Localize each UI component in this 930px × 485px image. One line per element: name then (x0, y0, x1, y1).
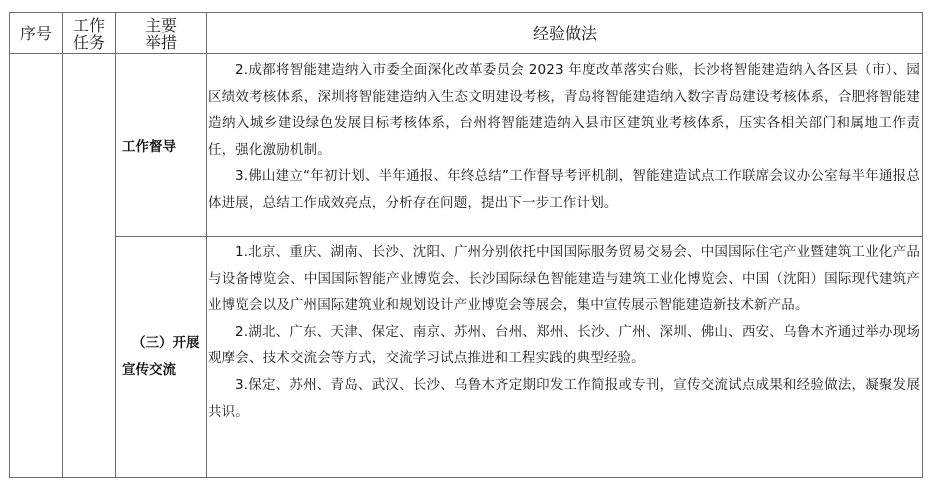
row-1-paragraph-1: 2.成都将智能建造纳入市委全面深化改革委员会 2023 年度改革落实台账，长沙将… (208, 57, 920, 163)
header-seq: 序号 (10, 13, 62, 54)
row-2-paragraph-1: 1.北京、重庆、湖南、长沙、沈阳、广州分别依托中国国际服务贸易交易会、中国国际住… (208, 239, 920, 319)
header-experience: 经验做法 (207, 13, 923, 54)
header-experience-label: 经验做法 (533, 25, 597, 42)
header-measure-line2: 举措 (145, 34, 177, 51)
row-2-paragraph-3: 3.保定、苏州、青岛、武汉、长沙、乌鲁木齐定期印发工作简报或专刊，宣传交流试点成… (208, 372, 920, 425)
header-measure-line1: 主要 (145, 17, 177, 34)
row-1-paragraph-2: 3.佛山建立“年初计划、半年通报、年终总结”工作督导考评机制，智能建造试点工作联… (208, 163, 920, 216)
header-task: 工作 任务 (63, 13, 115, 54)
row-2-experience: 1.北京、重庆、湖南、长沙、沈阳、广州分别依托中国国际服务贸易交易会、中国国际住… (208, 239, 920, 425)
column-divider-measure (206, 13, 207, 477)
row-2-paragraph-2: 2.湖北、广东、天津、保定、南京、苏州、台州、郑州、长沙、广州、深圳、佛山、西安… (208, 319, 920, 372)
column-divider-seq (62, 13, 63, 477)
row-1-measure: 工作督导 (122, 134, 206, 161)
row-divider (115, 236, 922, 237)
row-2-measure-line2: 宣传交流 (122, 357, 176, 384)
column-divider-task (115, 13, 116, 477)
experience-table: 序号 工作 任务 主要 举措 经验做法 工作督导 2.成都将智能建造纳入市委全面… (9, 12, 923, 478)
header-task-line1: 工作 (73, 17, 105, 34)
row-2-measure: （三）开展 宣传交流 (122, 330, 206, 384)
row-1-experience: 2.成都将智能建造纳入市委全面深化改革委员会 2023 年度改革落实台账，长沙将… (208, 57, 920, 217)
header-task-line2: 任务 (73, 34, 105, 51)
header-seq-label: 序号 (20, 25, 52, 42)
row-2-measure-line1: （三）开展 (132, 330, 200, 357)
row-1-measure-label: 工作督导 (122, 134, 176, 161)
header-measure: 主要 举措 (116, 13, 206, 54)
